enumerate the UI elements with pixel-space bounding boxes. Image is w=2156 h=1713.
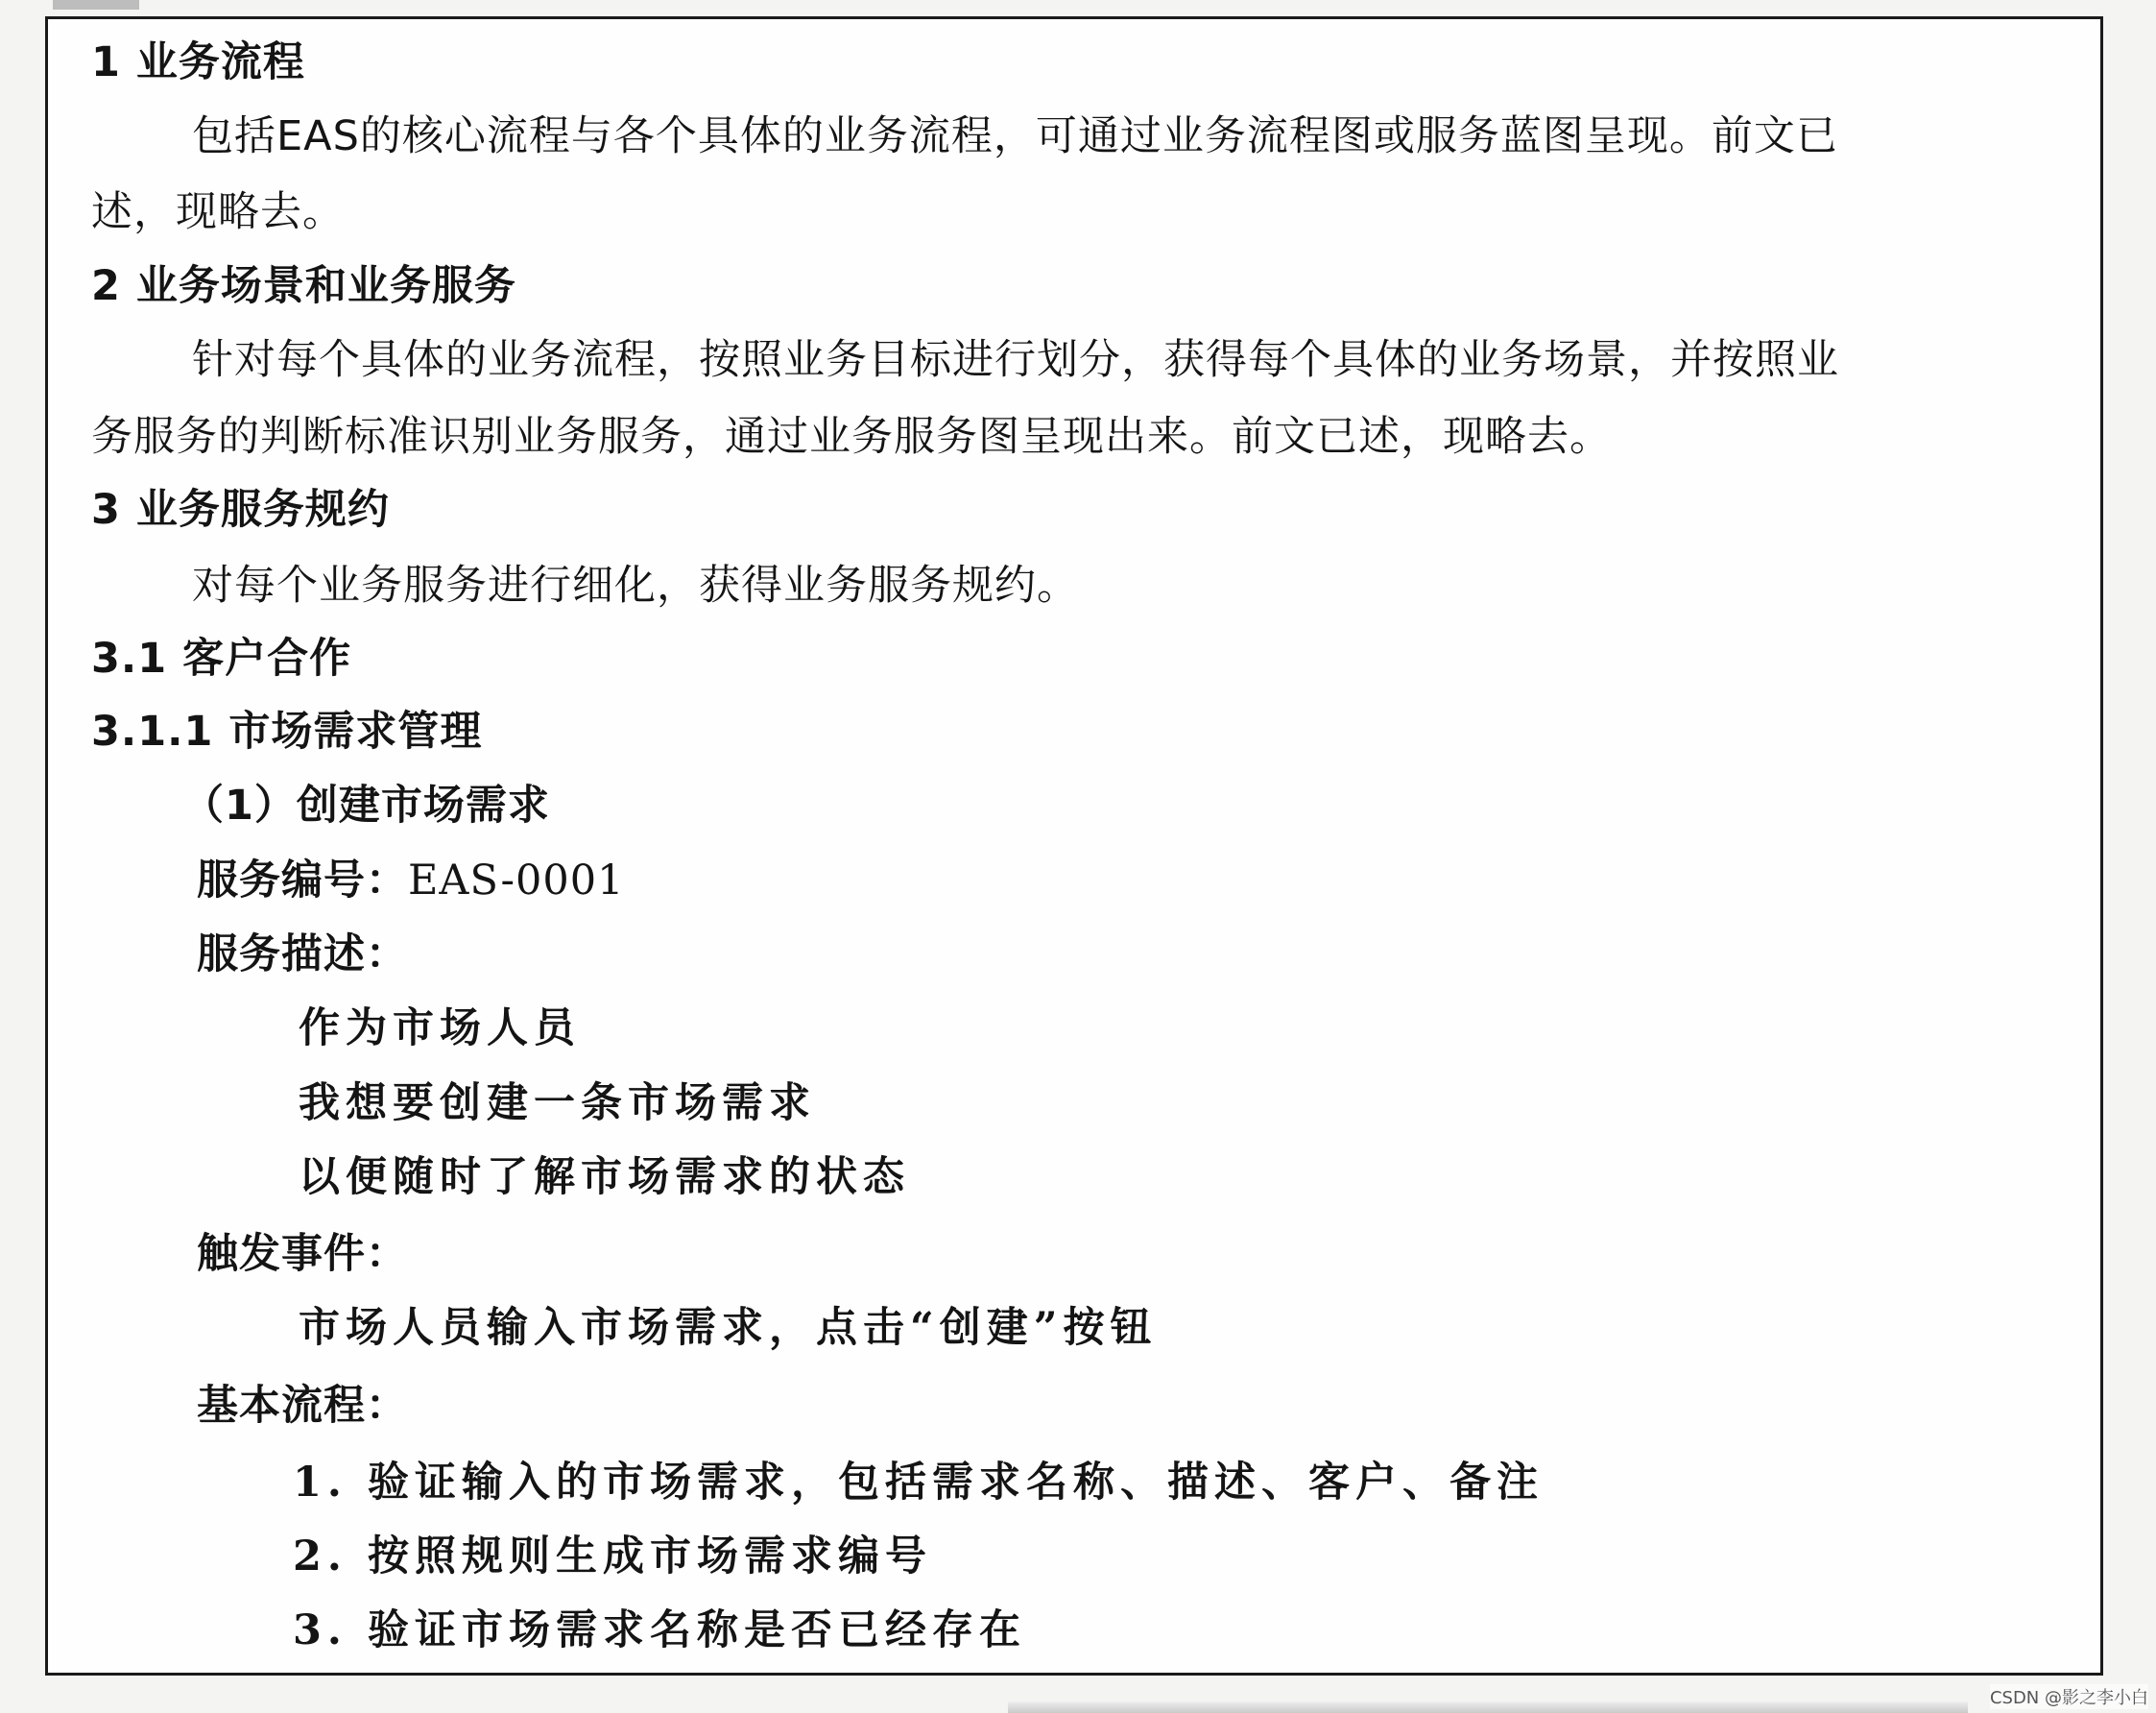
service-id-value: EAS-0001	[408, 856, 624, 905]
step-number: 3.	[293, 1604, 368, 1657]
paragraph: 述，现略去。	[91, 185, 345, 239]
step-text: 验证输入的市场需求，包括需求名称、描述、客户、备注	[368, 1459, 1544, 1507]
user-story-line: 以便随时了解市场需求的状态	[299, 1150, 910, 1204]
service-title: （1）创建市场需求	[182, 779, 550, 832]
section-heading-3-1: 3.1 客户合作	[91, 632, 351, 686]
paragraph: 针对每个具体的业务流程，按照业务目标进行划分，获得每个具体的业务场景，并按照业	[192, 333, 1839, 387]
section-heading-3: 3 业务服务规约	[91, 483, 390, 537]
step-text: 按照规则生成市场需求编号	[368, 1532, 932, 1580]
paragraph: 对每个业务服务进行细化，获得业务服务规约。	[192, 559, 1079, 613]
user-story-line: 作为市场人员	[299, 1001, 581, 1055]
step-text: 验证市场需求名称是否已经存在	[368, 1606, 1026, 1654]
user-story-line: 我想要创建一条市场需求	[299, 1076, 816, 1130]
paragraph: 务服务的判断标准识别业务服务，通过业务服务图呈现出来。前文已述，现略去。	[91, 410, 1612, 464]
trigger-text: 市场人员输入市场需求，点击“创建”按钮	[299, 1301, 1157, 1355]
document-frame: 1 业务流程 包括EAS的核心流程与各个具体的业务流程，可通过业务流程图或服务蓝…	[45, 16, 2103, 1676]
section-heading-1: 1 业务流程	[91, 36, 305, 89]
section-heading-2: 2 业务场景和业务服务	[91, 259, 516, 313]
flow-step: 1.验证输入的市场需求，包括需求名称、描述、客户、备注	[293, 1456, 1544, 1509]
flow-label: 基本流程：	[197, 1379, 408, 1433]
service-description-label: 服务描述：	[197, 928, 408, 981]
service-id-label: 服务编号：	[197, 856, 408, 905]
paragraph: 包括EAS的核心流程与各个具体的业务流程，可通过业务流程图或服务蓝图呈现。前文已	[192, 109, 1838, 163]
step-number: 1.	[293, 1456, 368, 1509]
section-heading-3-1-1: 3.1.1 市场需求管理	[91, 705, 482, 759]
service-id-row: 服务编号：EAS-0001	[197, 854, 624, 907]
scan-shadow	[53, 0, 139, 10]
scan-shadow	[1008, 1701, 1968, 1713]
flow-step: 3.验证市场需求名称是否已经存在	[293, 1604, 1026, 1657]
trigger-label: 触发事件：	[197, 1227, 408, 1281]
flow-step: 2.按照规则生成市场需求编号	[293, 1530, 932, 1583]
watermark: CSDN @影之李小白	[1990, 1684, 2148, 1709]
step-number: 2.	[293, 1530, 368, 1583]
